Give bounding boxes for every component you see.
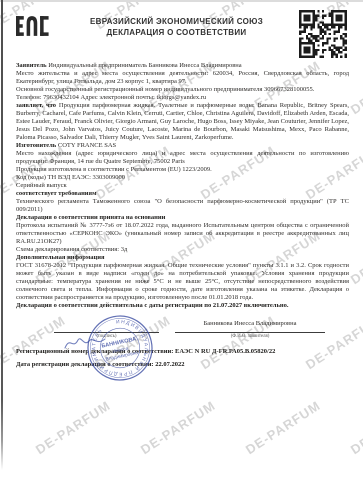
eac-logo-icon	[16, 12, 54, 40]
regulation-line: Продукция изготовлена в соответствии с Р…	[16, 166, 349, 174]
contact-line: Телефон: 79630432104 Адрес электронной п…	[16, 94, 349, 102]
basis-heading: Декларация о соответствии принята на осн…	[16, 214, 349, 222]
registration-date: Дата регистрации декларации о соответств…	[16, 361, 349, 369]
applicant-paragraph: Заявитель Индивидуальный предприниматель…	[16, 62, 349, 70]
scan-edge-shadow	[1, 0, 3, 500]
tnved-line: Код (коды) ТН ВЭД ЕАЭС: 3303009000	[16, 174, 349, 182]
scheme-line: Схема декларирования соответствия: 3д	[16, 246, 349, 254]
additional-text: ГОСТ 31678-2012 "Продукция парфюмерная ж…	[16, 262, 349, 302]
scan-edge-top	[0, 0, 363, 2]
validity-line: Декларация о соответствии действительна …	[16, 302, 349, 310]
name-line	[175, 329, 325, 333]
applicant-name: Банникова Инесса Владимировна	[175, 320, 325, 328]
watermark-text: DE-PARFUM	[243, 398, 323, 457]
watermark-text: DE-PARFUM	[33, 398, 113, 457]
watermark-text: DE-PARFUM	[348, 398, 363, 457]
product-paragraph: заявляет, что Продукция парфюмерная жидк…	[16, 102, 349, 142]
meets-text: Технического регламента Таможенного союз…	[16, 198, 349, 214]
name-caption: (Ф.И.О. заявителя)	[175, 334, 325, 339]
applicant-address: Место жительства и адрес места осуществл…	[16, 70, 349, 86]
round-stamp: ИНДИВИДУАЛЬНЫЙ ПРЕДПРИНИМАТЕЛЬ БАННИКОВА…	[80, 308, 161, 389]
manufacturer-address: Место нахождения (адрес юридического лиц…	[16, 150, 349, 166]
stamp-name-line1: БАННИКОВА	[101, 336, 137, 349]
declaration-document: DE-PARFUMDE-PARFUMDE-PARFUMDE-PARFUMDE-P…	[0, 0, 363, 500]
document-title: ЕВРАЗИЙСКИЙ ЭКОНОМИЧЕСКИЙ СОЮЗ ДЕКЛАРАЦИ…	[54, 8, 299, 39]
declaration-body: Заявитель Индивидуальный предприниматель…	[16, 62, 349, 310]
additional-heading: Дополнительная информация	[16, 254, 349, 262]
watermark-text: DE-PARFUM	[348, 58, 363, 117]
watermark-text: DE-PARFUM	[138, 398, 218, 457]
watermark-text: DE-PARFUM	[348, 228, 363, 287]
applicant-name-area: Банникова Инесса Владимировна (Ф.И.О. за…	[175, 320, 325, 339]
title-union: ЕВРАЗИЙСКИЙ ЭКОНОМИЧЕСКИЙ СОЮЗ	[54, 17, 299, 28]
qr-code	[299, 10, 347, 58]
ogrn-line: Основной государственный регистрационный…	[16, 86, 349, 94]
basis-text: Протокола испытаний № 3777-7э6 от 18.07.…	[16, 222, 349, 246]
document-header: ЕВРАЗИЙСКИЙ ЭКОНОМИЧЕСКИЙ СОЮЗ ДЕКЛАРАЦИ…	[16, 8, 349, 58]
serial-line: Серийный выпуск	[16, 182, 349, 190]
meets-heading: соответствует требованиям	[16, 190, 349, 198]
title-declaration: ДЕКЛАРАЦИЯ О СООТВЕТСТВИИ	[54, 28, 299, 39]
manufacturer-line: Изготовитель COTY FRANCE SAS	[16, 142, 349, 150]
